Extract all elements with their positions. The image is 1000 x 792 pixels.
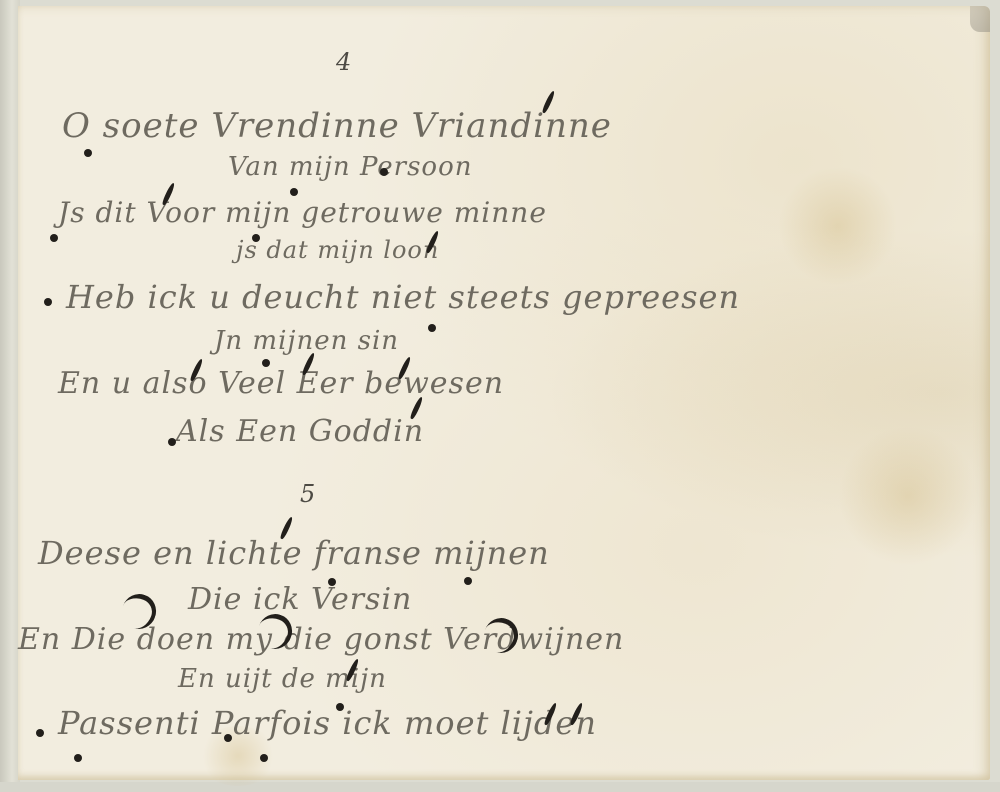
ink-dot <box>84 149 92 157</box>
ink-dot <box>428 324 436 332</box>
verse-line: js dat mijn loon <box>236 236 439 264</box>
ink-dot <box>252 234 260 242</box>
verse-line: En Die doen my die gonst Verdwijnen <box>18 622 624 657</box>
ink-dot <box>290 188 298 196</box>
ink-dot <box>44 298 52 306</box>
ink-dot <box>260 754 268 762</box>
ink-dot <box>36 729 44 737</box>
ink-dot <box>464 577 472 585</box>
ink-dot <box>50 234 58 242</box>
page-bottom-edge <box>0 782 1000 792</box>
book-binding-edge <box>0 0 20 792</box>
ink-dot <box>328 578 336 586</box>
verse-line: Als Een Goddin <box>176 414 424 449</box>
verse-line: O soete Vrendinne Vriandinne <box>62 106 612 146</box>
verse-line: Die ick Versin <box>188 582 412 617</box>
verse-line: Deese en lichte franse mijnen <box>38 534 550 572</box>
verse-line: Heb ick u deucht niet steets gepreesen <box>66 278 740 316</box>
verse-line: Jn mijnen sin <box>214 326 399 356</box>
ink-dot <box>262 359 270 367</box>
verse-line: Js dit Voor mijn getrouwe minne <box>58 196 547 229</box>
ink-dot <box>224 734 232 742</box>
manuscript-page: 4 O soete Vrendinne Vriandinne Van mijn … <box>18 6 990 780</box>
ink-dot <box>380 168 388 176</box>
ink-dot <box>336 703 344 711</box>
stanza-number: 5 <box>300 480 315 508</box>
ink-dot <box>168 438 176 446</box>
paper-stain <box>778 166 898 286</box>
ink-dot <box>74 754 82 762</box>
verse-line: En u also Veel Eer bewesen <box>58 366 504 401</box>
page-corner-fold <box>970 6 990 32</box>
paper-stain <box>838 426 978 566</box>
stanza-number: 4 <box>336 48 351 76</box>
verse-line: Van mijn Persoon <box>228 152 472 182</box>
verse-line: Passenti Parfois ick moet lijden <box>58 704 597 742</box>
